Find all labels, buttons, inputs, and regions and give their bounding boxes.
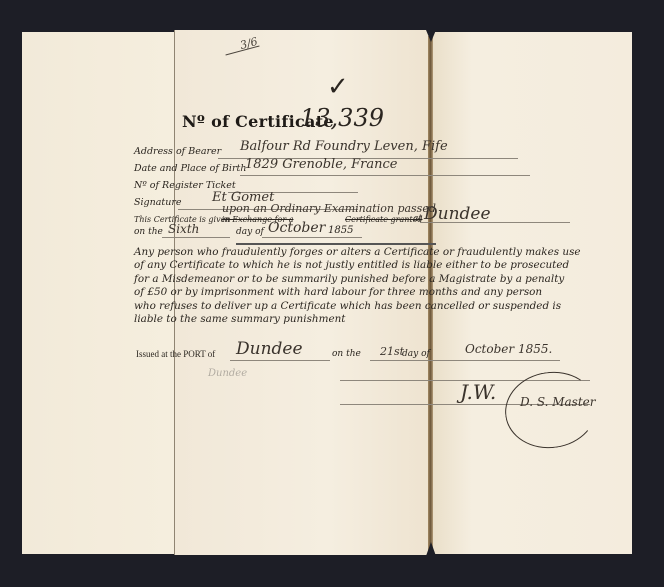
warning-line: liable to the same summary punishment: [134, 313, 614, 326]
master-signature: D. S. Master: [520, 395, 596, 409]
birth-label: Date and Place of Birth: [134, 163, 246, 174]
address-value: Balfour Rd Foundry Leven, Fife: [240, 139, 448, 154]
at-value: Dundee: [424, 204, 491, 224]
issued-port-value: Dundee: [236, 339, 303, 359]
birth-value: 1829 Grenoble, France: [245, 157, 397, 172]
warning-line: of £50 or by imprisonment with hard labo…: [134, 286, 614, 299]
officer-signature: J.W.: [460, 380, 496, 404]
check-mark-icon: ✓: [327, 72, 349, 102]
warning-line: Any person who fraudulently forges or al…: [134, 246, 614, 259]
issued-day-value: 21st: [380, 345, 404, 358]
warning-line: who refuses to deliver up a Certificate …: [134, 300, 614, 313]
day-of-label: day of: [236, 227, 264, 237]
month-value: October: [268, 220, 325, 236]
day-line: [162, 237, 230, 238]
fold-notch-top: [426, 30, 436, 42]
signature-label: Signature: [134, 197, 182, 208]
warning-paragraph: Any person who fraudulently forges or al…: [134, 246, 614, 326]
certificate-number: 13,339: [300, 104, 384, 132]
month-line: [262, 237, 362, 238]
warning-line: for a Misdemeanor or to be summarily pun…: [134, 273, 614, 286]
birth-line: [240, 175, 530, 176]
year-value: 1855: [328, 225, 353, 236]
issued-on-the-label: on the: [332, 349, 361, 359]
given-inserted-text: upon an Ordinary Examination passed: [222, 202, 436, 215]
fold-notch-bottom: [426, 542, 436, 556]
issued-month-year-value: October 1855.: [465, 342, 552, 356]
issued-date-line: [370, 360, 560, 361]
issued-day-of-label: day of: [402, 349, 430, 359]
at-line: [420, 222, 570, 223]
issued-label: Issued at the PORT of: [136, 349, 215, 359]
given-struck-text-2: Certificate granted: [345, 215, 422, 224]
day-value: Sixth: [168, 222, 199, 236]
faint-stamp: Dundee: [208, 368, 247, 379]
on-the-label: on the: [134, 227, 163, 237]
separator-rule: [236, 243, 436, 245]
address-label: Address of Bearer: [134, 146, 221, 157]
warning-line: of any Certificate to which he is not ju…: [134, 259, 614, 272]
port-line: [230, 360, 330, 361]
